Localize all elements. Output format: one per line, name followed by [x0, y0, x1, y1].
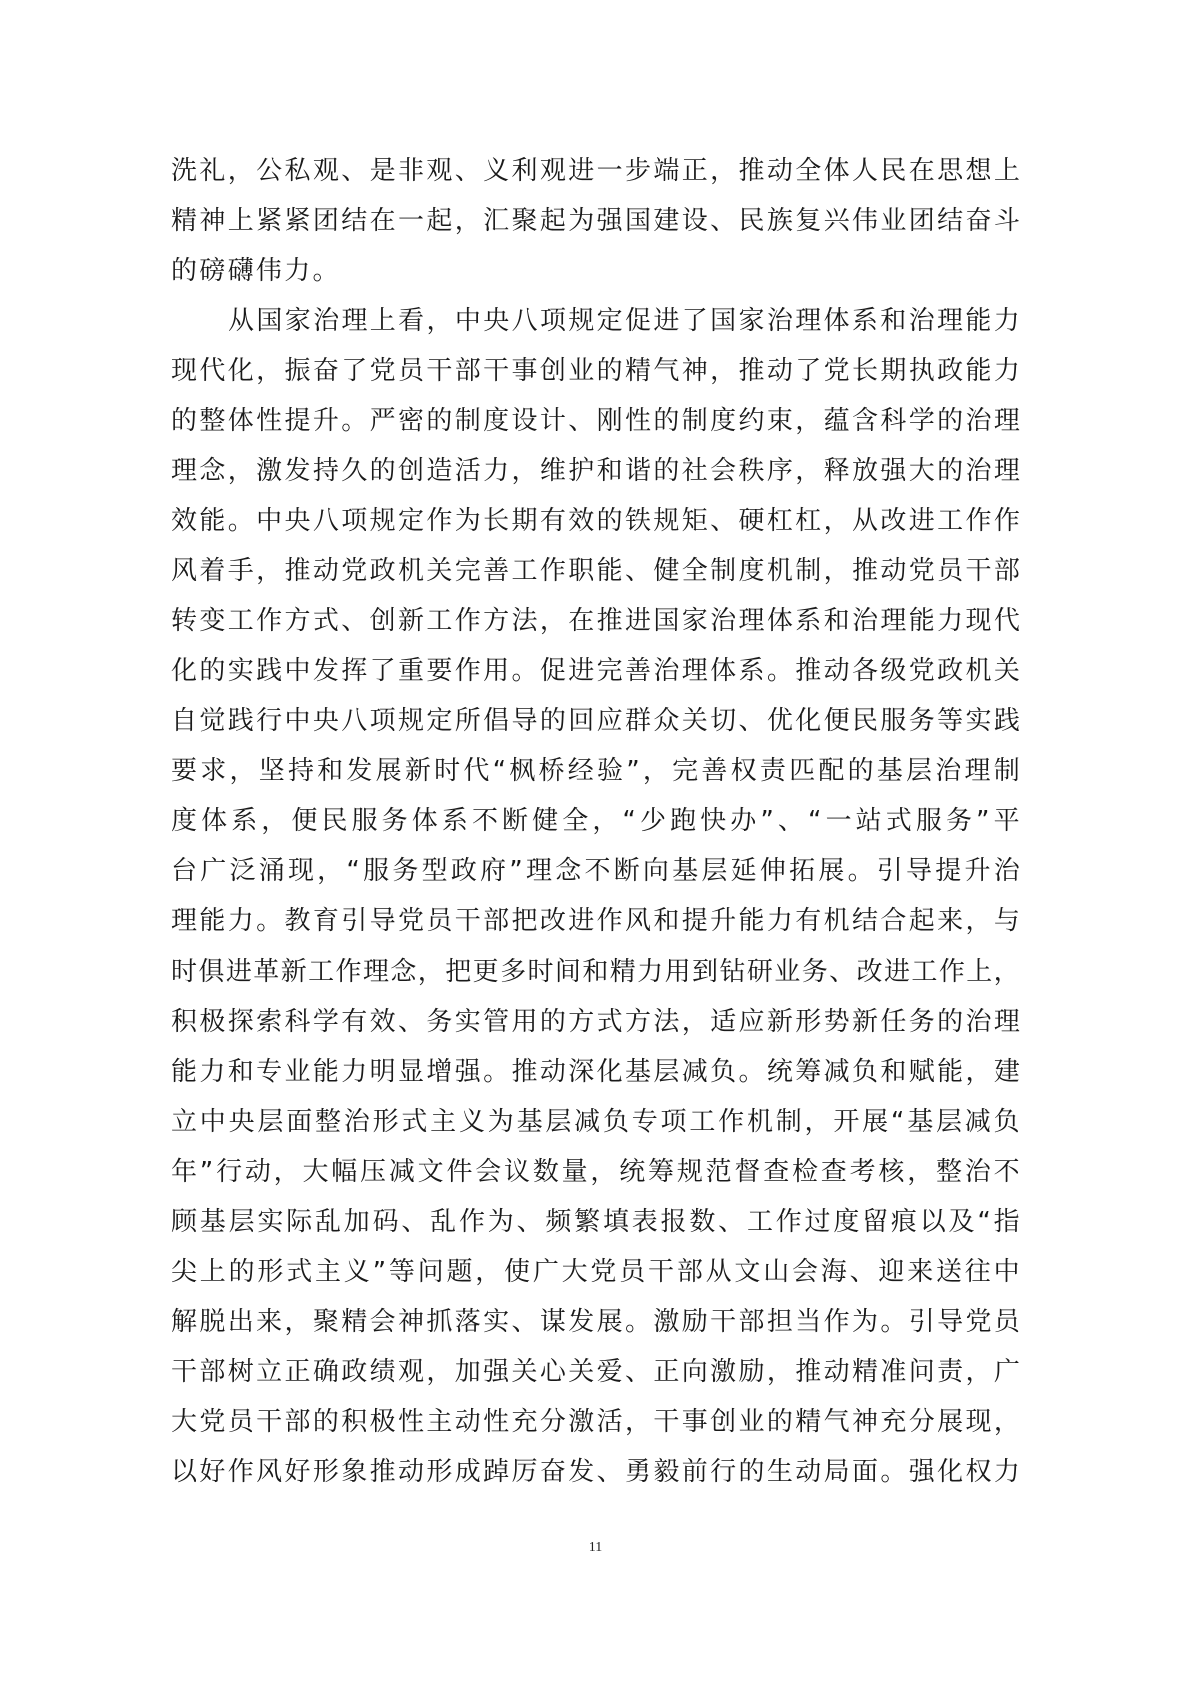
text-line: 顾基层实际乱加码、乱作为、频繁填表报数、工作过度留痕以及“指 — [171, 1197, 1020, 1247]
text-line: 解脱出来，聚精会神抓落实、谋发展。激励干部担当作为。引导党员 — [171, 1297, 1020, 1347]
text-line: 的整体性提升。严密的制度设计、刚性的制度约束，蕴含科学的治理 — [171, 396, 1020, 446]
text-line: 现代化，振奋了党员干部干事创业的精气神，推动了党长期执政能力 — [171, 346, 1020, 396]
text-line: 干部树立正确政绩观，加强关心关爱、正向激励，推动精准问责，广 — [171, 1347, 1020, 1397]
body-text: 洗礼，公私观、是非观、义利观进一步端正，推动全体人民在思想上 精神上紧紧团结在一… — [171, 146, 1020, 1497]
text-line: 洗礼，公私观、是非观、义利观进一步端正，推动全体人民在思想上 — [171, 146, 1020, 196]
text-line: 度体系，便民服务体系不断健全，“少跑快办”、“一站式服务”平 — [171, 796, 1020, 846]
text-line: 积极探索科学有效、务实管用的方式方法，适应新形势新任务的治理 — [171, 997, 1020, 1047]
text-line: 转变工作方式、创新工作方法，在推进国家治理体系和治理能力现代 — [171, 596, 1020, 646]
text-line: 精神上紧紧团结在一起，汇聚起为强国建设、民族复兴伟业团结奋斗 — [171, 196, 1020, 246]
text-line: 立中央层面整治形式主义为基层减负专项工作机制，开展“基层减负 — [171, 1097, 1020, 1147]
text-line: 理能力。教育引导党员干部把改进作风和提升能力有机结合起来，与 — [171, 896, 1020, 946]
text-line: 台广泛涌现，“服务型政府”理念不断向基层延伸拓展。引导提升治 — [171, 846, 1020, 896]
text-line: 要求，坚持和发展新时代“枫桥经验”，完善权责匹配的基层治理制 — [171, 746, 1020, 796]
text-line: 以好作风好形象推动形成踔厉奋发、勇毅前行的生动局面。强化权力 — [171, 1447, 1020, 1497]
text-line: 大党员干部的积极性主动性充分激活，干事创业的精气神充分展现， — [171, 1397, 1020, 1447]
text-line: 自觉践行中央八项规定所倡导的回应群众关切、优化便民服务等实践 — [171, 696, 1020, 746]
text-line: 能力和专业能力明显增强。推动深化基层减负。统筹减负和赋能，建 — [171, 1047, 1020, 1097]
text-line: 风着手，推动党政机关完善工作职能、健全制度机制，推动党员干部 — [171, 546, 1020, 596]
text-line: 时俱进革新工作理念，把更多时间和精力用到钻研业务、改进工作上， — [171, 947, 1020, 997]
text-line: 尖上的形式主义”等问题，使广大党员干部从文山会海、迎来送往中 — [171, 1247, 1020, 1297]
document-page: 洗礼，公私观、是非观、义利观进一步端正，推动全体人民在思想上 精神上紧紧团结在一… — [0, 0, 1191, 1684]
text-line: 年”行动，大幅压减文件会议数量，统筹规范督查检查考核，整治不 — [171, 1147, 1020, 1197]
page-number: 11 — [0, 1540, 1191, 1556]
text-line: 理念，激发持久的创造活力，维护和谐的社会秩序，释放强大的治理 — [171, 446, 1020, 496]
text-line: 效能。中央八项规定作为长期有效的铁规矩、硬杠杠，从改进工作作 — [171, 496, 1020, 546]
text-line-indented: 从国家治理上看，中央八项规定促进了国家治理体系和治理能力 — [171, 296, 1020, 346]
text-line: 化的实践中发挥了重要作用。促进完善治理体系。推动各级党政机关 — [171, 646, 1020, 696]
text-line: 的磅礴伟力。 — [171, 246, 1020, 296]
